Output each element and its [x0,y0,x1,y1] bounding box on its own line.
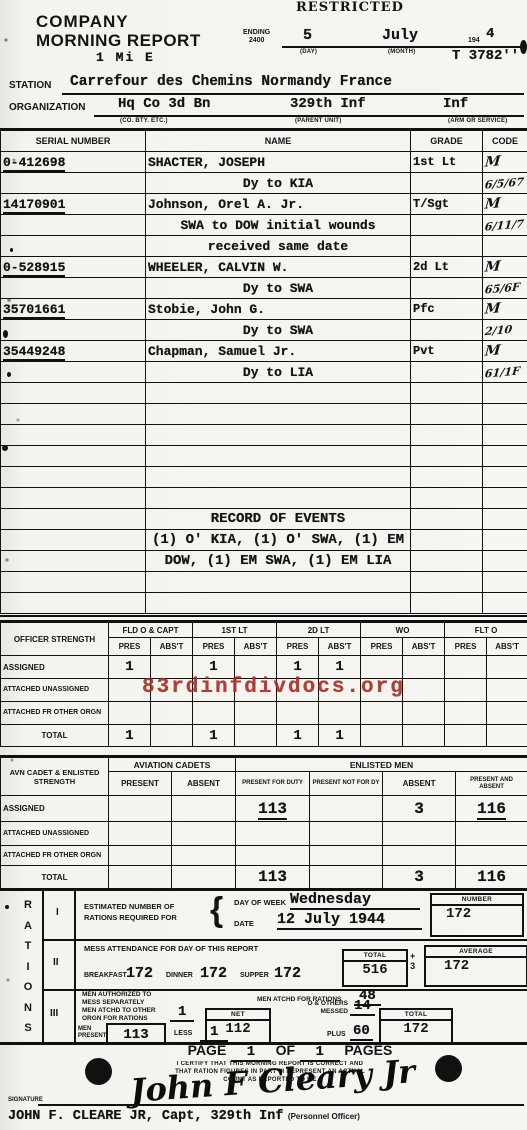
archive-watermark: 83rdinfdivdocs.org [142,676,405,699]
divide-denominator: 3 [410,961,415,971]
men-present-value: 113 [123,1027,148,1043]
serial-value: 35449248 [3,344,65,361]
cell-value: 1 [277,725,319,747]
average-value: 172 [426,958,526,975]
map-coordinate: T 3782'' [452,48,519,64]
remark-value: Dy to SWA [146,278,411,299]
col-header-grade: GRADE [411,130,483,152]
cell-value [151,725,193,747]
dinner-label: DINNER [166,972,193,979]
record-of-events-line1: (1) O' KIA, (1) O' SWA, (1) EM [146,530,411,551]
code-handwritten: M [484,300,501,317]
cell-value [310,866,383,889]
pres-header: PRES [277,638,319,656]
enlisted-strength-table: AVN CADET & ENLISTED STRENGTH AVIATION C… [0,755,527,889]
code-handwritten: M [484,258,501,275]
serial-value: 35701661 [3,302,65,319]
day-of-week-label: DAY OF WEEK [234,898,286,907]
table-row: SWA to DOW initial wounds 6/11/7 [1,215,527,236]
plus-value: 60 [350,1023,373,1041]
empty-row [1,488,527,509]
code-handwritten: 2/10 [484,323,512,338]
form-title-line1: COMPANY [36,12,129,32]
pres-header: PRES [193,638,235,656]
officer-strength-corner-label: OFFICER STRENGTH [1,623,109,656]
cell-value [310,796,383,822]
scan-artifact [3,330,8,338]
cell-value [109,796,172,822]
cell-value: 113 [258,800,287,820]
col-absent: ABSENT [172,772,236,796]
year-printed: 194 [468,37,480,44]
signed-name-line: JOHN F. CLEARE JR, Capt, 329th Inf (Pers… [8,1106,527,1124]
scan-artifact [5,905,9,909]
scan-artifact [2,445,8,451]
remark-value: received same date [146,236,411,257]
punch-hole-right [435,1055,462,1082]
col-absent-em: ABSENT [383,772,456,796]
remark-value: Dy to KIA [146,173,411,194]
form-title-line2: MORNING REPORT [36,31,201,51]
serial-value: 0-412698 [3,155,65,172]
rations-total-value: 172 [381,1021,451,1038]
group-aviation-cadets: AVIATION CADETS [109,757,236,772]
table-row: 0-528915 WHEELER, CALVIN W. 2d Lt M [1,257,527,278]
name-value: Chapman, Samuel Jr. [146,341,411,362]
cadet-strength-corner-label: AVN CADET & ENLISTED STRENGTH [1,757,109,796]
number-label: NUMBER [432,895,522,906]
group-flt-o: FLT O [445,623,527,638]
empty-row [1,404,527,425]
table-row: 35449248 Chapman, Samuel Jr. Pvt M [1,341,527,362]
roman-numeral-2: II [53,957,59,968]
cell-value [172,796,236,822]
roster-header-row: SERIAL NUMBER NAME GRADE CODE [1,130,527,152]
abst-header: ABS'T [235,638,277,656]
cell-value: 116 [477,800,506,820]
cell-value [235,725,277,747]
grade-value: T/Sgt [411,194,483,215]
mess-total-value: 516 [344,962,406,979]
empty-row [1,383,527,404]
name-value: WHEELER, CALVIN W. [146,257,411,278]
empty-row [1,425,527,446]
row-label-total: TOTAL [1,866,109,889]
number-value: 172 [432,906,522,923]
signature-line [38,1086,524,1106]
org-unit-sublabel: (CO. BTY. ETC.) [120,118,168,124]
year-typed-value: 4 [486,26,494,42]
row-label-attached-unassigned: ATTACHED UNASSIGNED [1,822,109,846]
row-label-total: TOTAL [1,725,109,747]
code-handwritten: 6/5/67 [484,175,524,191]
plus-label: PLUS [327,1031,346,1038]
dinner-value: 172 [200,965,227,982]
rations-vertical-label: R A T I O N S [20,895,36,1039]
name-value: Stobie, John G. [146,299,411,320]
roman-numeral-3: III [50,1008,58,1019]
cell-value: 1 [109,725,151,747]
serial-value: 0-528915 [3,260,65,277]
cell-value [172,866,236,889]
record-of-events-line2: DOW, (1) EM SWA, (1) EM LIA [146,551,411,572]
group-fld-o-capt: FLD O & CAPT [109,623,193,638]
roman-numeral-1: I [56,907,59,918]
divide-sign: + [410,951,415,961]
record-of-events-title-row: RECORD OF EVENTS [1,509,527,530]
cell-value [109,866,172,889]
code-handwritten: 6/11/7 [484,217,524,233]
others-messed-label: O & OTHERS MESSED [300,1000,348,1016]
grade-value: 2d Lt [411,257,483,278]
men-present-box: 113 [106,1023,166,1044]
empty-row [1,467,527,488]
signed-name-sublabel: (Personnel Officer) [288,1112,360,1121]
record-of-events-title: RECORD OF EVENTS [146,509,411,530]
of-label: OF [276,1042,295,1058]
pres-header: PRES [445,638,487,656]
estimated-rations-label: ESTIMATED NUMBER OF RATIONS REQUIRED FOR [84,901,177,923]
station-label: STATION [9,80,51,91]
empty-row [1,446,527,467]
rations-section: R A T I O N S I ESTIMATED NUMBER OF RATI… [0,888,527,1045]
row-label-attached-unassigned: ATTACHED UNASSIGNED [1,679,109,702]
supper-value: 172 [274,965,301,982]
abst-header: ABS'T [403,638,445,656]
men-authorized-label: MEN AUTHORIZED TO MESS SEPARATELY [82,991,151,1007]
abst-header: ABS'T [319,638,361,656]
remark-value: Dy to SWA [146,320,411,341]
table-row: Dy to LIA 61/1F [1,362,527,383]
col-present-and-absent: PRESENT AND ABSENT [456,772,527,796]
signed-name: JOHN F. CLEARE JR, Capt, 329th Inf [8,1109,283,1124]
table-row: 35701661 Stobie, John G. Pfc M [1,299,527,320]
cell-value: 1 [193,725,235,747]
remark-value: Dy to LIA [146,362,411,383]
others-messed-value: 14 [350,998,375,1016]
col-present-for-duty: PRESENT FOR DUTY [236,772,310,796]
table-row: 14170901 Johnson, Orel A. Jr. T/Sgt M [1,194,527,215]
table-row: Dy to SWA 2/10 [1,320,527,341]
average-box: AVERAGE 172 [424,945,527,987]
classification-banner: RESTRICTED [296,0,404,15]
atchd-other-orgn-label: MEN ATCHD TO OTHER ORGN FOR RATIONS [82,1007,156,1023]
row-label-assigned: ASSIGNED [1,796,109,822]
empty-row [1,593,527,614]
morning-report-scan: RESTRICTED COMPANY MORNING REPORT ENDING… [0,0,527,1130]
total-label: TOTAL [344,951,406,962]
code-handwritten: 65/6F [484,281,520,297]
empty-row [1,572,527,593]
date-month-value: July [382,27,418,44]
casualty-roster-table: SERIAL NUMBER NAME GRADE CODE 0-412698 S… [0,128,527,614]
table-row: Dy to SWA 65/6F [1,278,527,299]
atchd-other-orgn-value: 1 [170,1004,194,1022]
station-note: 1 Mi E [96,50,155,65]
serial-value: 14170901 [3,197,65,214]
date-label: DATE [234,919,254,928]
scan-artifact [10,248,13,252]
col-header-code: CODE [483,130,527,152]
brace: { [210,891,223,930]
record-of-events-row: (1) O' KIA, (1) O' SWA, (1) EM [1,530,527,551]
total-label: TOTAL [381,1010,451,1021]
grade-value: Pfc [411,299,483,320]
supper-label: SUPPER [240,972,269,979]
table-row: Dy to KIA 6/5/67 [1,173,527,194]
col-header-name: NAME [146,130,411,152]
number-box: NUMBER 172 [430,893,524,937]
pres-header: PRES [361,638,403,656]
net-label: NET [207,1010,269,1021]
table-row: 0-412698 SHACTER, JOSEPH 1st Lt M [1,152,527,173]
name-value: Johnson, Orel A. Jr. [146,194,411,215]
group-2d-lt: 2D LT [277,623,361,638]
breakfast-label: BREAKFAST [84,972,127,979]
table-row: received same date [1,236,527,257]
mess-attendance-label: MESS ATTENDANCE FOR DAY OF THIS REPORT [84,944,258,953]
row-label-attached-fr-other: ATTACHED FR OTHER ORGN [1,846,109,866]
code-handwritten: M [484,195,501,212]
less-value: 1 [200,1024,228,1042]
code-handwritten: 61/1F [484,365,520,381]
org-parent-value: 329th Inf [290,96,366,112]
scan-artifact [7,372,11,377]
cell-value: 1 [319,725,361,747]
station-value: Carrefour des Chemins Normandy France [70,74,392,90]
grade-value: Pvt [411,341,483,362]
row-label-assigned: ASSIGNED [1,656,109,679]
code-handwritten: M [484,342,501,359]
abst-header: ABS'T [151,638,193,656]
row-label-attached-fr-other: ATTACHED FR OTHER ORGN [1,702,109,725]
cell-value: 116 [456,866,527,889]
cell-value: 113 [236,866,310,889]
rations-total-box: TOTAL 172 [379,1008,453,1044]
organization-label: ORGANIZATION [9,102,85,113]
day-sublabel: (DAY) [300,49,317,55]
org-arm-value: Inf [443,96,468,112]
rations-row-2: II MESS ATTENDANCE FOR DAY OF THIS REPOR… [42,941,527,989]
code-handwritten: M [484,153,501,170]
scan-artifact [520,40,527,54]
group-1st-lt: 1ST LT [193,623,277,638]
org-parent-sublabel: (PARENT UNIT) [295,118,341,124]
col-header-serial: SERIAL NUMBER [1,130,146,152]
ending-2400-label: ENDING 2400 [243,29,270,45]
mess-total-box: TOTAL 516 [342,949,408,987]
day-of-week-value: Wednesday [290,891,420,910]
org-unit-value: Hq Co 3d Bn [118,96,210,112]
date-day-value: 5 [303,27,312,44]
divide-by-three: + 3 [410,951,415,971]
col-present: PRESENT [109,772,172,796]
average-label: AVERAGE [426,947,526,958]
rations-date-value: 12 July 1944 [277,911,422,930]
record-of-events-row: DOW, (1) EM SWA, (1) EM LIA [1,551,527,572]
rations-row-3: III MEN AUTHORIZED TO MESS SEPARATELY ME… [42,990,527,1042]
col-present-not-for-dy: PRESENT NOT FOR DY [310,772,383,796]
page-label: PAGE [188,1042,227,1058]
less-label: LESS [174,1030,192,1037]
grade-value: 1st Lt [411,152,483,173]
section-divider [0,615,527,622]
abst-header: ABS'T [487,638,527,656]
pres-header: PRES [109,638,151,656]
punch-hole-left [85,1058,112,1085]
cell-value: 3 [383,866,456,889]
cell-value: 3 [383,796,456,822]
rations-row-1: I ESTIMATED NUMBER OF RATIONS REQUIRED F… [42,891,527,939]
org-arm-sublabel: (ARM OR SERVICE) [448,118,507,124]
month-sublabel: (MONTH) [388,49,415,55]
remark-value: SWA to DOW initial wounds [146,215,411,236]
men-present-label: MEN PRESENT [78,1026,106,1040]
breakfast-value: 172 [126,965,153,982]
group-enlisted-men: ENLISTED MEN [236,757,527,772]
group-wo: WO [361,623,445,638]
name-value: SHACTER, JOSEPH [146,152,411,173]
